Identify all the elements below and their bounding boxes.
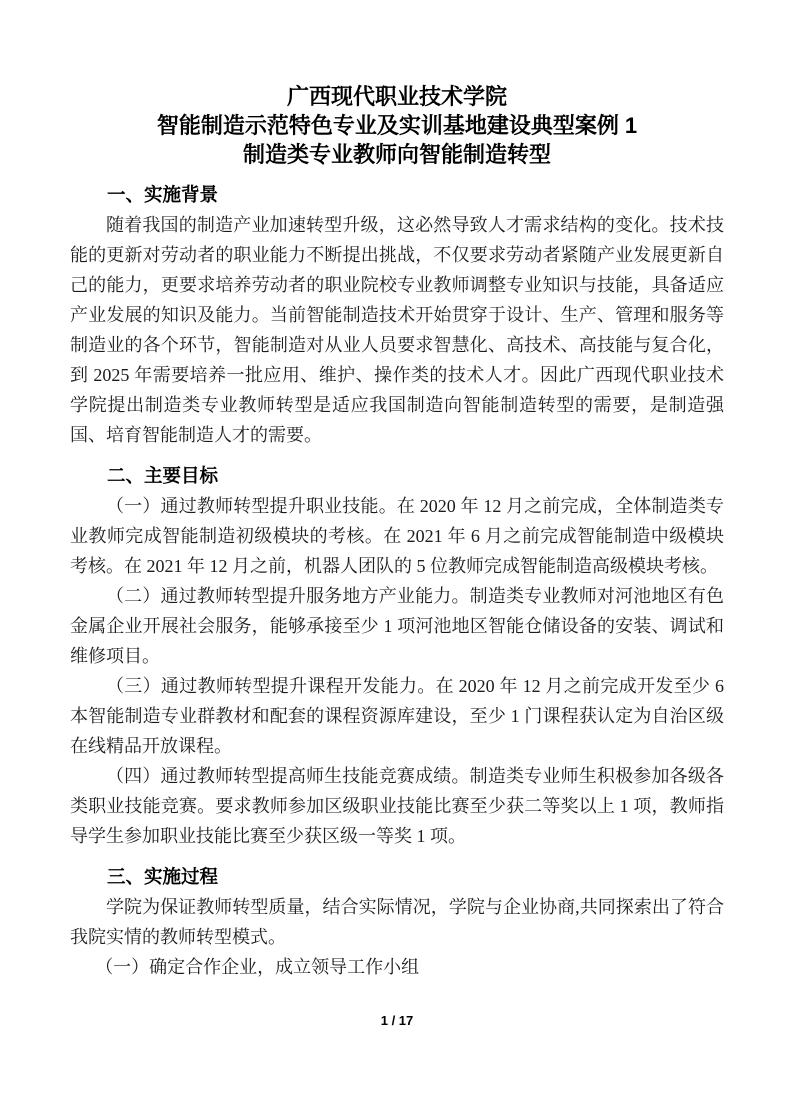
title-line-case: 智能制造示范特色专业及实训基地建设典型案例 1	[70, 111, 724, 140]
document-page: 广西现代职业技术学院 智能制造示范特色专业及实训基地建设典型案例 1 制造类专业…	[0, 0, 794, 1108]
section-heading-goals: 二、主要目标	[70, 461, 724, 491]
section-heading-background: 一、实施背景	[70, 180, 724, 210]
subsection-title: （一）确定合作企业，成立领导工作小组	[70, 952, 724, 982]
section-implementation-background: 一、实施背景 随着我国的制造产业加速转型升级，这必然导致人才需求结构的变化。技术…	[70, 180, 724, 450]
body-paragraph: （二）通过教师转型提升服务地方产业能力。制造类专业教师对河池地区有色金属企业开展…	[70, 581, 724, 671]
body-paragraph: （三）通过教师转型提升课程开发能力。在 2020 年 12 月之前完成开发至少 …	[70, 671, 724, 761]
section-main-goals: 二、主要目标 （一）通过教师转型提升职业技能。在 2020 年 12 月之前完成…	[70, 461, 724, 851]
body-paragraph: （一）通过教师转型提升职业技能。在 2020 年 12 月之前完成，全体制造类专…	[70, 491, 724, 581]
body-paragraph: 学院为保证教师转型质量，结合实际情况，学院与企业协商,共同探索出了符合我院实情的…	[70, 892, 724, 952]
title-line-school: 广西现代职业技术学院	[70, 82, 724, 111]
body-paragraph: 随着我国的制造产业加速转型升级，这必然导致人才需求结构的变化。技术技能的更新对劳…	[70, 210, 724, 450]
page-number: 1 / 17	[0, 1013, 794, 1028]
document-title: 广西现代职业技术学院 智能制造示范特色专业及实训基地建设典型案例 1 制造类专业…	[70, 82, 724, 169]
section-implementation-process: 三、实施过程 学院为保证教师转型质量，结合实际情况，学院与企业协商,共同探索出了…	[70, 862, 724, 982]
title-line-subject: 制造类专业教师向智能制造转型	[70, 140, 724, 169]
section-heading-process: 三、实施过程	[70, 862, 724, 892]
body-paragraph: （四）通过教师转型提高师生技能竞赛成绩。制造类专业师生积极参加各级各类职业技能竞…	[70, 761, 724, 851]
